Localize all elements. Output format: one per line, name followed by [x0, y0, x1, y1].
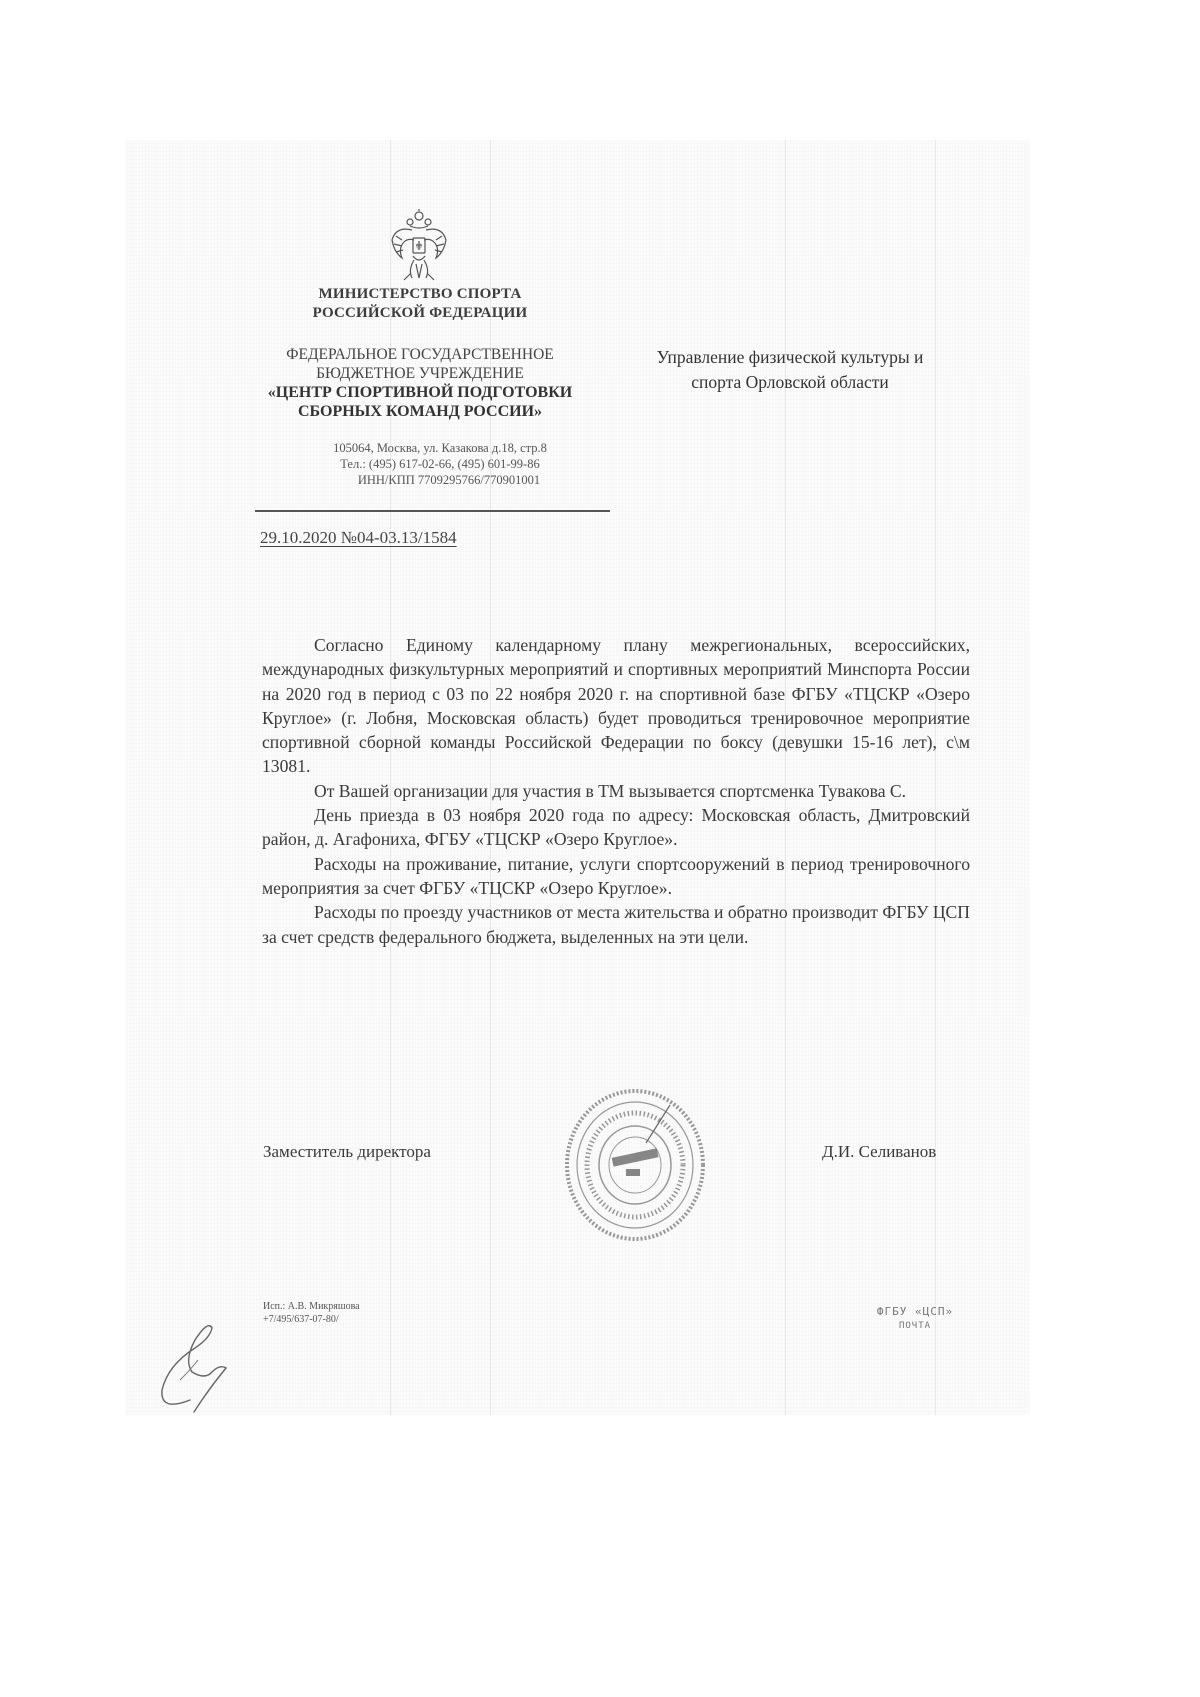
body-paragraph: От Вашей организации для участия в ТМ вы…: [262, 779, 970, 803]
handwritten-signature-icon: [150, 1320, 260, 1420]
institution-contacts: 105064, Москва, ул. Казакова д.18, стр.8…: [290, 440, 590, 488]
round-seal-icon: [560, 1085, 710, 1245]
institution-name: ФЕДЕРАЛЬНОЕ ГОСУДАРСТВЕННОЕ БЮДЖЕТНОЕ УЧ…: [240, 345, 600, 421]
document-date-number: 29.10.2020 №04-03.13/1584: [260, 528, 457, 548]
institution-name-line-2: СБОРНЫХ КОМАНД РОССИИ»: [240, 402, 600, 421]
executor-name: Исп.: А.В. Микряшова: [263, 1300, 360, 1313]
letterhead-divider: [255, 510, 610, 512]
addressee: Управление физической культуры и спорта …: [600, 345, 980, 395]
mail-stamp-label: ПОЧТА: [860, 1319, 970, 1333]
body-paragraph: Расходы по проезду участников от места ж…: [262, 900, 970, 949]
postal-address: 105064, Москва, ул. Казакова д.18, стр.8: [290, 440, 590, 456]
addressee-line-1: Управление физической культуры и: [600, 345, 980, 370]
letter-body: Согласно Единому календарному плану межр…: [262, 633, 970, 949]
institution-type-line-2: БЮДЖЕТНОЕ УЧРЕЖДЕНИЕ: [240, 364, 600, 383]
russian-coat-of-arms-icon: [388, 208, 450, 288]
executor-info: Исп.: А.В. Микряшова +7/495/637-07-80/: [263, 1300, 360, 1326]
signer-name: Д.И. Селиванов: [822, 1142, 936, 1162]
executor-phone: +7/495/637-07-80/: [263, 1313, 360, 1326]
institution-type-line-1: ФЕДЕРАЛЬНОЕ ГОСУДАРСТВЕННОЕ: [240, 345, 600, 364]
ministry-line-2: РОССИЙСКОЙ ФЕДЕРАЦИИ: [240, 304, 600, 323]
mail-stamp-org: ФГБУ «ЦСП»: [860, 1305, 970, 1319]
signer-title: Заместитель директора: [263, 1142, 431, 1162]
addressee-line-2: спорта Орловской области: [600, 370, 980, 395]
mail-stamp: ФГБУ «ЦСП» ПОЧТА: [860, 1305, 970, 1333]
body-paragraph: Расходы на проживание, питание, услуги с…: [262, 852, 970, 901]
ministry-name: МИНИСТЕРСТВО СПОРТА РОССИЙСКОЙ ФЕДЕРАЦИИ: [240, 285, 600, 323]
body-paragraph: Согласно Единому календарному плану межр…: [262, 633, 970, 779]
phone-numbers: Тел.: (495) 617-02-66, (495) 601-99-86: [290, 456, 590, 472]
body-paragraph: День приезда в 03 ноября 2020 года по ад…: [262, 803, 970, 852]
ministry-line-1: МИНИСТЕРСТВО СПОРТА: [240, 285, 600, 304]
inn-kpp: ИНН/КПП 7709295766/770901001: [290, 472, 590, 488]
institution-name-line-1: «ЦЕНТР СПОРТИВНОЙ ПОДГОТОВКИ: [240, 383, 600, 402]
